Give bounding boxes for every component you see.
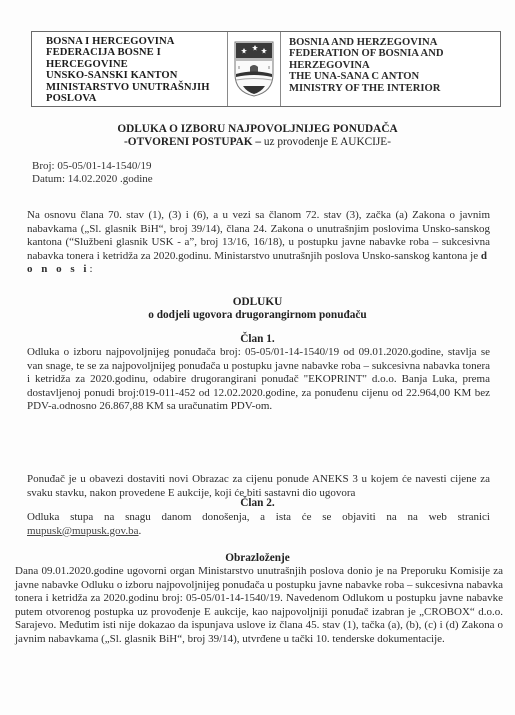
coat-of-arms-icon bbox=[228, 32, 280, 106]
document-subtitle: -OTVORENI POSTUPAK – uz provodenje E AUK… bbox=[0, 136, 515, 148]
decision-heading: ODLUKU bbox=[0, 296, 515, 308]
intro-text: Na osnovu člana 70. stav (1), (3) i (6),… bbox=[27, 209, 490, 262]
intro-end: : bbox=[89, 263, 92, 275]
letterhead-line: THE UNA-SANA C ANTON bbox=[289, 71, 500, 82]
letterhead-line: MINISTRY OF THE INTERIOR bbox=[289, 83, 500, 94]
letterhead-local: BOSNA I HERCEGOVINA FEDERACIJA BOSNE I H… bbox=[32, 32, 228, 106]
intro-paragraph: Na osnovu člana 70. stav (1), (3) i (6),… bbox=[27, 209, 490, 277]
letterhead-line: FEDERACIJA BOSNE I bbox=[46, 47, 227, 58]
letterhead-line: HERZEGOVINA bbox=[289, 60, 500, 71]
article-2-text: Odluka stupa na snagu danom donošenja, a… bbox=[27, 511, 490, 523]
document-title: ODLUKA O IZBORU NAJPOVOLJNIJEG PONUDAČA bbox=[0, 123, 515, 135]
article-1-text: Odluka o izboru najpovoljnijeg ponuđača … bbox=[27, 346, 490, 414]
article-2-end: . bbox=[138, 525, 141, 537]
subtitle-auction: uz provodenje E AUKCIJE- bbox=[264, 136, 391, 148]
website-link[interactable]: mupusk@mupusk.gov.ba bbox=[27, 525, 138, 537]
subtitle-procedure: -OTVORENI POSTUPAK – bbox=[124, 136, 264, 148]
letterhead-line: BOSNA I HERCEGOVINA bbox=[46, 36, 227, 47]
reasoning-heading: Obrazloženje bbox=[0, 552, 515, 564]
letterhead-line: BOSNIA AND HERZEGOVINA bbox=[289, 37, 500, 48]
letterhead-line: HERCEGOVINE bbox=[46, 59, 227, 70]
letterhead-line: UNSKO-SANSKI KANTON bbox=[46, 70, 227, 81]
letterhead: BOSNA I HERCEGOVINA FEDERACIJA BOSNE I H… bbox=[31, 31, 501, 107]
article-2-paragraph: Odluka stupa na snagu danom donošenja, a… bbox=[27, 511, 490, 538]
reasoning-text: Dana 09.01.2020.godine ugovorni organ Mi… bbox=[15, 565, 503, 647]
article-2-heading: Član 2. bbox=[0, 497, 515, 509]
letterhead-line: MINISTARSTVO UNUTRAŠNJIH bbox=[46, 82, 227, 93]
article-1-heading: Član 1. bbox=[0, 333, 515, 345]
decision-subheading: o dodjeli ugovora drugorangirnom ponuđač… bbox=[0, 309, 515, 321]
letterhead-english: BOSNIA AND HERZEGOVINA FEDERATION OF BOS… bbox=[280, 32, 500, 106]
letterhead-line: FEDERATION OF BOSNIA AND bbox=[289, 48, 500, 59]
document-number: Broj: 05-05/01-14-1540/19 bbox=[32, 160, 151, 172]
document-date: Datum: 14.02.2020 .godine bbox=[32, 173, 153, 185]
letterhead-line: POSLOVA bbox=[46, 93, 227, 104]
